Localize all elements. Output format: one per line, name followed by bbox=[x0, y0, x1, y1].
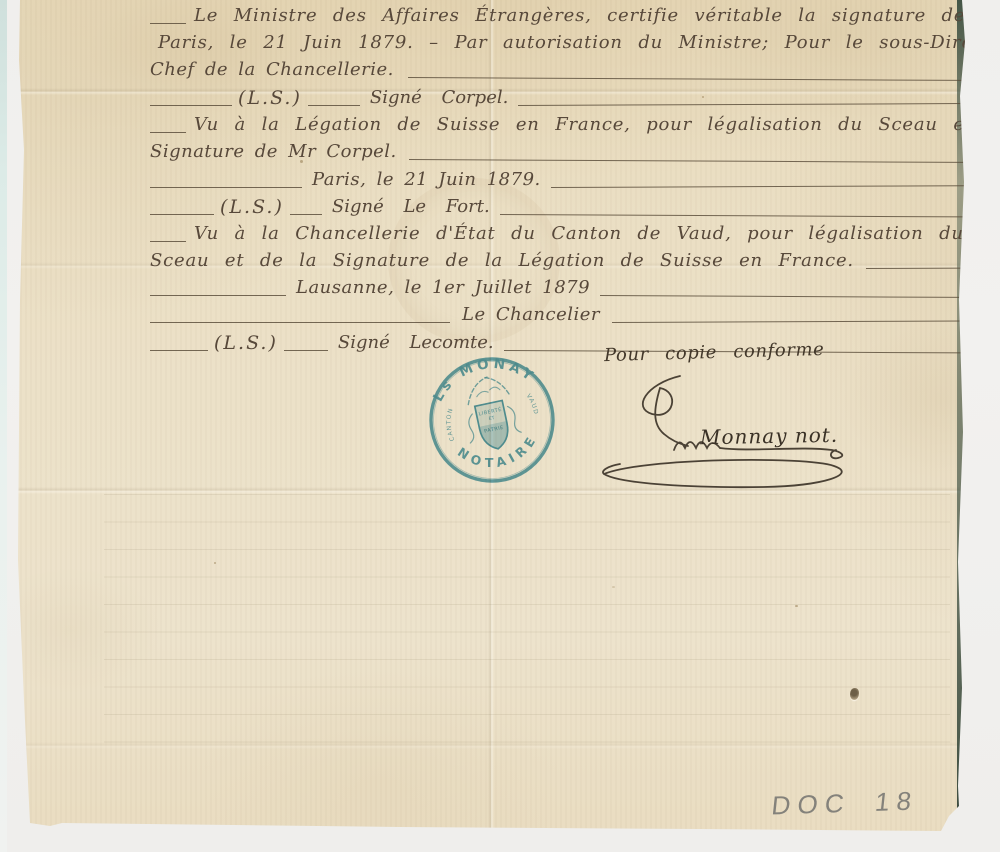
signed-by: Signé Le Fort. bbox=[332, 194, 490, 220]
line-text: Lausanne, le 1er Juillet 1879 bbox=[296, 275, 590, 301]
paper-sheet: Le Ministre des Affaires Étrangères, cer… bbox=[0, 0, 1000, 852]
line-text: Sceau et de la Signature de la Légation … bbox=[150, 248, 854, 274]
locus-sigilli: (L.S.) bbox=[214, 330, 278, 356]
line-text: Le Ministre des Affaires Étrangères, cer… bbox=[194, 3, 1000, 29]
foxing-speck bbox=[612, 586, 615, 588]
signed-by: Signé Corpel. bbox=[370, 85, 508, 111]
signature-name: Monnay not. bbox=[700, 423, 839, 449]
foxing-speck bbox=[702, 96, 704, 98]
scanned-document: Le Ministre des Affaires Étrangères, cer… bbox=[0, 0, 1000, 852]
line-text: Signature de Mr Corpel. bbox=[150, 139, 397, 165]
line-paris-date-authorization: Paris, le 21 Juin 1879. – Par autorisati… bbox=[150, 29, 965, 56]
line-text: Paris, le 21 Juin 1879. – Par autorisati… bbox=[158, 30, 1000, 56]
line-text: Le Chancelier bbox=[462, 302, 600, 328]
laurel-branch-left bbox=[463, 377, 491, 404]
certification-caption: Pour copie conforme bbox=[604, 339, 825, 366]
svg-text:Ls MONAY: Ls MONAY bbox=[424, 350, 541, 407]
svg-text:VAUD: VAUD bbox=[524, 392, 539, 417]
line-sceau-signature-legation: Sceau et de la Signature de la Légation … bbox=[150, 247, 965, 274]
signature-initial-loop bbox=[643, 376, 688, 446]
notary-stamp: Ls MONAY NOTAIRE CANTON VAUD LIBERTÉ ET … bbox=[422, 350, 562, 490]
svg-text:CANTON: CANTON bbox=[441, 405, 461, 442]
foxing-speck bbox=[214, 562, 216, 564]
line-signe-corpel: (L.S.) Signé Corpel. bbox=[150, 84, 965, 111]
line-text: Vu à la Chancellerie d'État du Canton de… bbox=[194, 221, 964, 247]
locus-sigilli: (L.S.) bbox=[220, 194, 284, 220]
line-lausanne-date: Lausanne, le 1er Juillet 1879 bbox=[150, 274, 965, 301]
locus-sigilli: (L.S.) bbox=[238, 85, 302, 111]
stamp-arms-right: VAUD bbox=[524, 392, 539, 417]
line-vu-legation-suisse: Vu à la Légation de Suisse en France, po… bbox=[150, 111, 965, 138]
line-paris-date-2: Paris, le 21 Juin 1879. bbox=[150, 166, 965, 193]
line-vu-chancellerie-vaud: Vu à la Chancellerie d'État du Canton de… bbox=[150, 220, 965, 247]
laurel-branch-right bbox=[485, 373, 509, 398]
archival-doc-number: DOC 18 bbox=[770, 785, 920, 821]
notary-stamp-seal: Ls MONAY NOTAIRE CANTON VAUD LIBERTÉ ET … bbox=[422, 350, 562, 490]
foxing-speck bbox=[795, 605, 798, 607]
stamp-name-top: Ls MONAY bbox=[424, 350, 541, 407]
line-text: Chef de la Chancellerie. bbox=[150, 57, 394, 83]
adjacent-page-edge bbox=[0, 0, 7, 852]
line-minister-certification: Le Ministre des Affaires Étrangères, cer… bbox=[150, 2, 965, 29]
stamp-arms-left: CANTON bbox=[441, 405, 461, 442]
line-text: Vu à la Légation de Suisse en France, po… bbox=[194, 112, 1000, 138]
line-signature-corpel: Signature de Mr Corpel. bbox=[150, 138, 965, 165]
faint-ruled-lines bbox=[104, 494, 950, 756]
line-signe-le-fort: (L.S.) Signé Le Fort. bbox=[150, 193, 965, 220]
line-chef-chancellerie: Chef de la Chancellerie. bbox=[150, 56, 965, 83]
line-le-chancelier: Le Chancelier bbox=[150, 301, 965, 328]
signature-underline-oval bbox=[603, 460, 842, 487]
foxing-speck bbox=[300, 160, 303, 163]
signature-tail bbox=[720, 448, 842, 458]
line-text: Paris, le 21 Juin 1879. bbox=[312, 167, 541, 193]
handwritten-text-block: Le Ministre des Affaires Étrangères, cer… bbox=[150, 2, 965, 362]
certification-block: Pour copie conforme Monnay not. bbox=[580, 336, 900, 486]
